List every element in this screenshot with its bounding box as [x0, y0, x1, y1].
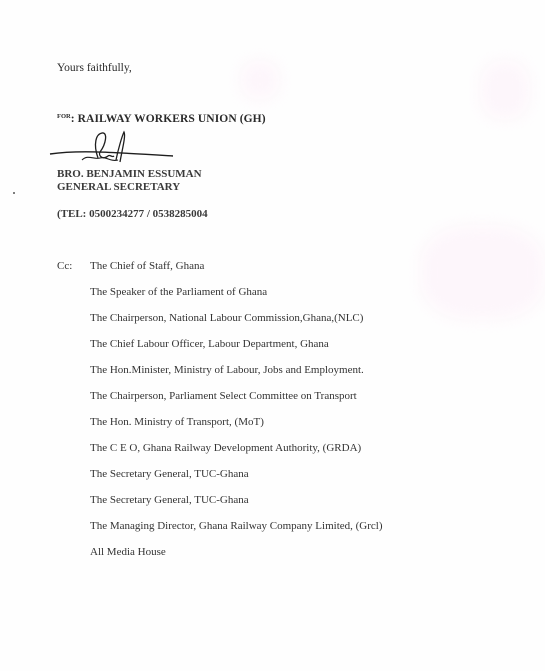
- cc-recipient: The Hon.Minister, Ministry of Labour, Jo…: [90, 364, 383, 390]
- cc-recipient: The Speaker of the Parliament of Ghana: [90, 286, 383, 312]
- cc-recipient: The Hon. Ministry of Transport, (MoT): [90, 416, 383, 442]
- organization-name: : RAILWAY WORKERS UNION (GH): [71, 113, 266, 125]
- margin-dot: [13, 192, 15, 194]
- closing-salutation: Yours faithfully,: [57, 62, 132, 74]
- cc-recipient: The Secretary General, TUC-Ghana: [90, 494, 383, 520]
- faint-watermark: [480, 60, 530, 120]
- cc-label: Cc:: [57, 260, 72, 272]
- letter-page: Yours faithfully, FOR: RAILWAY WORKERS U…: [0, 0, 545, 671]
- telephone-line: (TEL: 0500234277 / 0538285004: [57, 208, 208, 220]
- cc-recipient: All Media House: [90, 546, 383, 572]
- faint-watermark: [240, 60, 280, 100]
- signatory-title: GENERAL SECRETARY: [57, 181, 202, 194]
- signature-icon: [48, 130, 178, 170]
- cc-recipient: The C E O, Ghana Railway Development Aut…: [90, 442, 383, 468]
- cc-recipient: The Secretary General, TUC-Ghana: [90, 468, 383, 494]
- cc-recipient: The Chief Labour Officer, Labour Departm…: [90, 338, 383, 364]
- cc-recipient-list: The Chief of Staff, Ghana The Speaker of…: [90, 260, 383, 572]
- signatory-block: BRO. BENJAMIN ESSUMAN GENERAL SECRETARY: [57, 168, 202, 194]
- cc-recipient: The Chairperson, Parliament Select Commi…: [90, 390, 383, 416]
- cc-recipient: The Managing Director, Ghana Railway Com…: [90, 520, 383, 546]
- cc-recipient: The Chairperson, National Labour Commiss…: [90, 312, 383, 338]
- cc-recipient: The Chief of Staff, Ghana: [90, 260, 383, 286]
- signatory-name: BRO. BENJAMIN ESSUMAN: [57, 168, 202, 181]
- faint-watermark: [420, 225, 545, 320]
- organization-line: FOR: RAILWAY WORKERS UNION (GH): [57, 113, 266, 125]
- for-prefix: FOR: [57, 113, 71, 120]
